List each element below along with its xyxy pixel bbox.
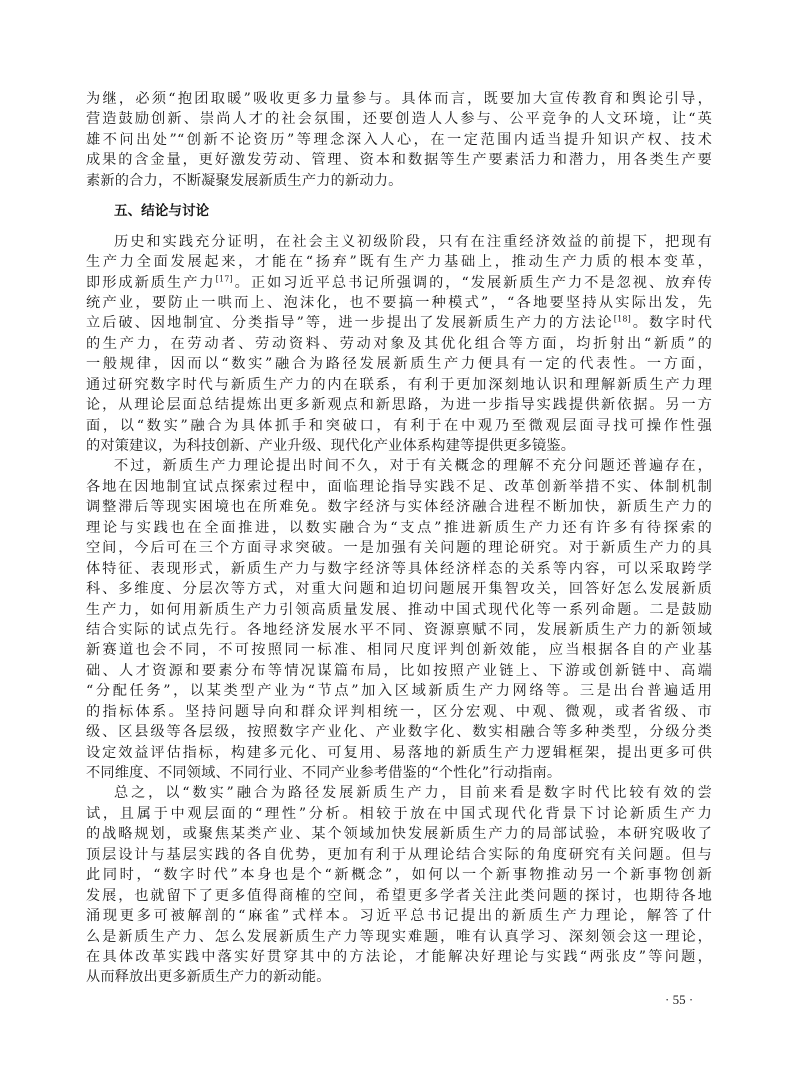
text-line: 论，从理论层面总结提炼出更多新观点和新思路，为进一步指导实践提供新依据。另一方 bbox=[86, 395, 712, 415]
text-line: 总之，以“数实”融合为路径发展新质生产力，目前来看是数字时代比较有效的尝 bbox=[86, 783, 712, 803]
text-line: 历史和实践充分证明，在社会主义初级阶段，只有在注重经济效益的前提下，把现有 bbox=[86, 232, 712, 252]
text-line: 调整滞后等现实困境也在所难免。数字经济与实体经济融合进程不断加快，新质生产力的 bbox=[86, 497, 712, 517]
text-line: 生产力，如何用新质生产力引领高质量发展、推动中国式现代化等一系列命题。二是鼓励 bbox=[86, 600, 712, 620]
page-number: · 55 · bbox=[665, 992, 693, 1008]
text-line: 空间，今后可在三个方面寻求突破。一是加强有关问题的理论研究。对于新质生产力的具 bbox=[86, 538, 712, 558]
text-line: 雄不问出处”“创新不论资历”等理念深入人心，在一定范围内适当提升知识产权、技术 bbox=[86, 130, 712, 150]
text-line: 不同维度、不同领域、不同行业、不同产业参考借鉴的“个性化”行动指南。 bbox=[86, 763, 712, 783]
text-line: 发展，也就留下了更多值得商榷的空间，希望更多学者关注此类问题的探讨，也期待各地 bbox=[86, 886, 712, 906]
text-line: 结合实际的试点先行。各地经济发展水平不同、资源禀赋不同，发展新质生产力的新领域 bbox=[86, 620, 712, 640]
text-line: 理论与实践也在全面推进，以数实融合为“支点”推进新质生产力还有许多有待探索的 bbox=[86, 518, 712, 538]
citation-18: [18] bbox=[614, 315, 631, 324]
text-line: 成果的含金量，更好激发劳动、管理、资本和数据等生产要素活力和潜力，用各类生产要 bbox=[86, 150, 712, 170]
text-line: 顶层设计与基层实践的各自优势，更加有利于从理论结合实际的角度研究有关问题。但与 bbox=[86, 845, 712, 865]
text-line: 科、多维度、分层次等方式，对重大问题和迫切问题展开集智攻关，回答好怎么发展新质 bbox=[86, 579, 712, 599]
text-line: 的对策建议，为科技创新、产业升级、现代化产业体系构建等提供更多镜鉴。 bbox=[86, 436, 712, 456]
text-line: 各地在因地制宜试点探索过程中，面临理论指导实践不足、改革创新举措不实、体制机制 bbox=[86, 477, 712, 497]
citation-17: [17] bbox=[216, 274, 233, 283]
text-line: 体特征、表现形式，新质生产力与数字经济等具体经济样态的关系等内容，可以采取跨学 bbox=[86, 559, 712, 579]
text-line: “分配任务”，以某类型产业为“节点”加入区域新质生产力网络等。三是出台普遍适用 bbox=[86, 681, 712, 701]
text-line: 面，以“数实”融合为具体抓手和突破口，有利于在中观乃至微观层面寻找可操作性强 bbox=[86, 416, 712, 436]
text-line: 立后破、因地制宜、分类指导”等，进一步提出了发展新质生产力的方法论[18]。数字… bbox=[86, 313, 712, 333]
text-line: 营造鼓励创新、崇尚人才的社会氛围，还要创造人人参与、公平竞争的人文环境，让“英 bbox=[86, 109, 712, 129]
text-line: 础、人才资源和要素分布等情况谋篇布局，比如按照产业链上、下游或创新链中、高端 bbox=[86, 661, 712, 681]
text-line: 统产业，要防止一哄而上、泡沫化，也不要搞一种模式”，“各地要坚持从实际出发，先 bbox=[86, 293, 712, 313]
paragraph-1: 历史和实践充分证明，在社会主义初级阶段，只有在注重经济效益的前提下，把现有 生产… bbox=[86, 232, 712, 457]
text-line: 的战略规划，或聚焦某类产业、某个领域加快发展新质生产力的局部试验，本研究吸收了 bbox=[86, 824, 712, 844]
text-line: 一般规律，因而以“数实”融合为路径发展新质生产力便具有一定的代表性。一方面， bbox=[86, 354, 712, 374]
text-line: 新赛道也会不同，不可按照同一标准、相同尺度评判创新效能，应当根据各自的产业基 bbox=[86, 640, 712, 660]
body-text: 为继，必须“抱团取暖”吸收更多力量参与。具体而言，既要加大宣传教育和舆论引导， … bbox=[86, 89, 712, 988]
document-page: 为继，必须“抱团取暖”吸收更多力量参与。具体而言，既要加大宣传教育和舆论引导， … bbox=[0, 0, 793, 1077]
text-line: 么是新质生产力、怎么发展新质生产力等现实难题，唯有认真学习、深刻领会这一理论， bbox=[86, 927, 712, 947]
text-line: 级、区县级等各层级，按照数字产业化、产业数字化、数实相融合等多种类型，分级分类 bbox=[86, 722, 712, 742]
text-span: 即形成新质生产力 bbox=[86, 275, 216, 291]
text-line: 生产力全面发展起来，才能在“扬弃”既有生产力基础上，推动生产力质的根本变革， bbox=[86, 252, 712, 272]
text-line: 在具体改革实践中落实好贯穿其中的方法论，才能解决好理论与实践“两张皮”等问题， bbox=[86, 947, 712, 967]
text-span: 。数字时代 bbox=[631, 315, 712, 331]
text-line: 试，且属于中观层面的“理性”分析。相较于放在中国式现代化背景下讨论新质生产力 bbox=[86, 804, 712, 824]
text-line: 即形成新质生产力[17]。正如习近平总书记所强调的，“发展新质生产力不是忽视、放… bbox=[86, 273, 712, 293]
text-line: 的生产力，在劳动者、劳动资料、劳动对象及其优化组合等方面，均折射出“新质”的 bbox=[86, 334, 712, 354]
text-line: 从而释放出更多新质生产力的新动能。 bbox=[86, 967, 712, 987]
text-line: 素新的合力，不断凝聚发展新质生产力的新动力。 bbox=[86, 171, 712, 191]
text-line: 此同时，“数字时代”本身也是个“新概念”，如何以一个新事物推动另一个新事物创新 bbox=[86, 865, 712, 885]
text-span: 。正如习近平总书记所强调的，“发展新质生产力不是忽视、放弃传 bbox=[233, 275, 712, 291]
paragraph-2: 不过，新质生产力理论提出时间不久，对于有关概念的理解不充分问题还普遍存在， 各地… bbox=[86, 456, 712, 783]
text-span: 立后破、因地制宜、分类指导”等，进一步提出了发展新质生产力的方法论 bbox=[86, 315, 614, 331]
text-line: 的指标体系。坚持问题导向和群众评判相统一，区分宏观、中观、微观，或者省级、市 bbox=[86, 702, 712, 722]
text-line: 不过，新质生产力理论提出时间不久，对于有关概念的理解不充分问题还普遍存在， bbox=[86, 456, 712, 476]
text-line: 为继，必须“抱团取暖”吸收更多力量参与。具体而言，既要加大宣传教育和舆论引导， bbox=[86, 89, 712, 109]
paragraph-3: 总之，以“数实”融合为路径发展新质生产力，目前来看是数字时代比较有效的尝 试，且… bbox=[86, 783, 712, 987]
section-heading: 五、结论与讨论 bbox=[86, 201, 712, 221]
text-line: 通过研究数字时代与新质生产力的内在联系，有利于更加深刻地认识和理解新质生产力理 bbox=[86, 375, 712, 395]
text-line: 设定效益评估指标，构建多元化、可复用、易落地的新质生产力逻辑框架，提出更多可供 bbox=[86, 743, 712, 763]
carryover-paragraph: 为继，必须“抱团取暖”吸收更多力量参与。具体而言，既要加大宣传教育和舆论引导， … bbox=[86, 89, 712, 191]
text-line: 涌现更多可被解剖的“麻雀”式样本。习近平总书记提出的新质生产力理论，解答了什 bbox=[86, 906, 712, 926]
